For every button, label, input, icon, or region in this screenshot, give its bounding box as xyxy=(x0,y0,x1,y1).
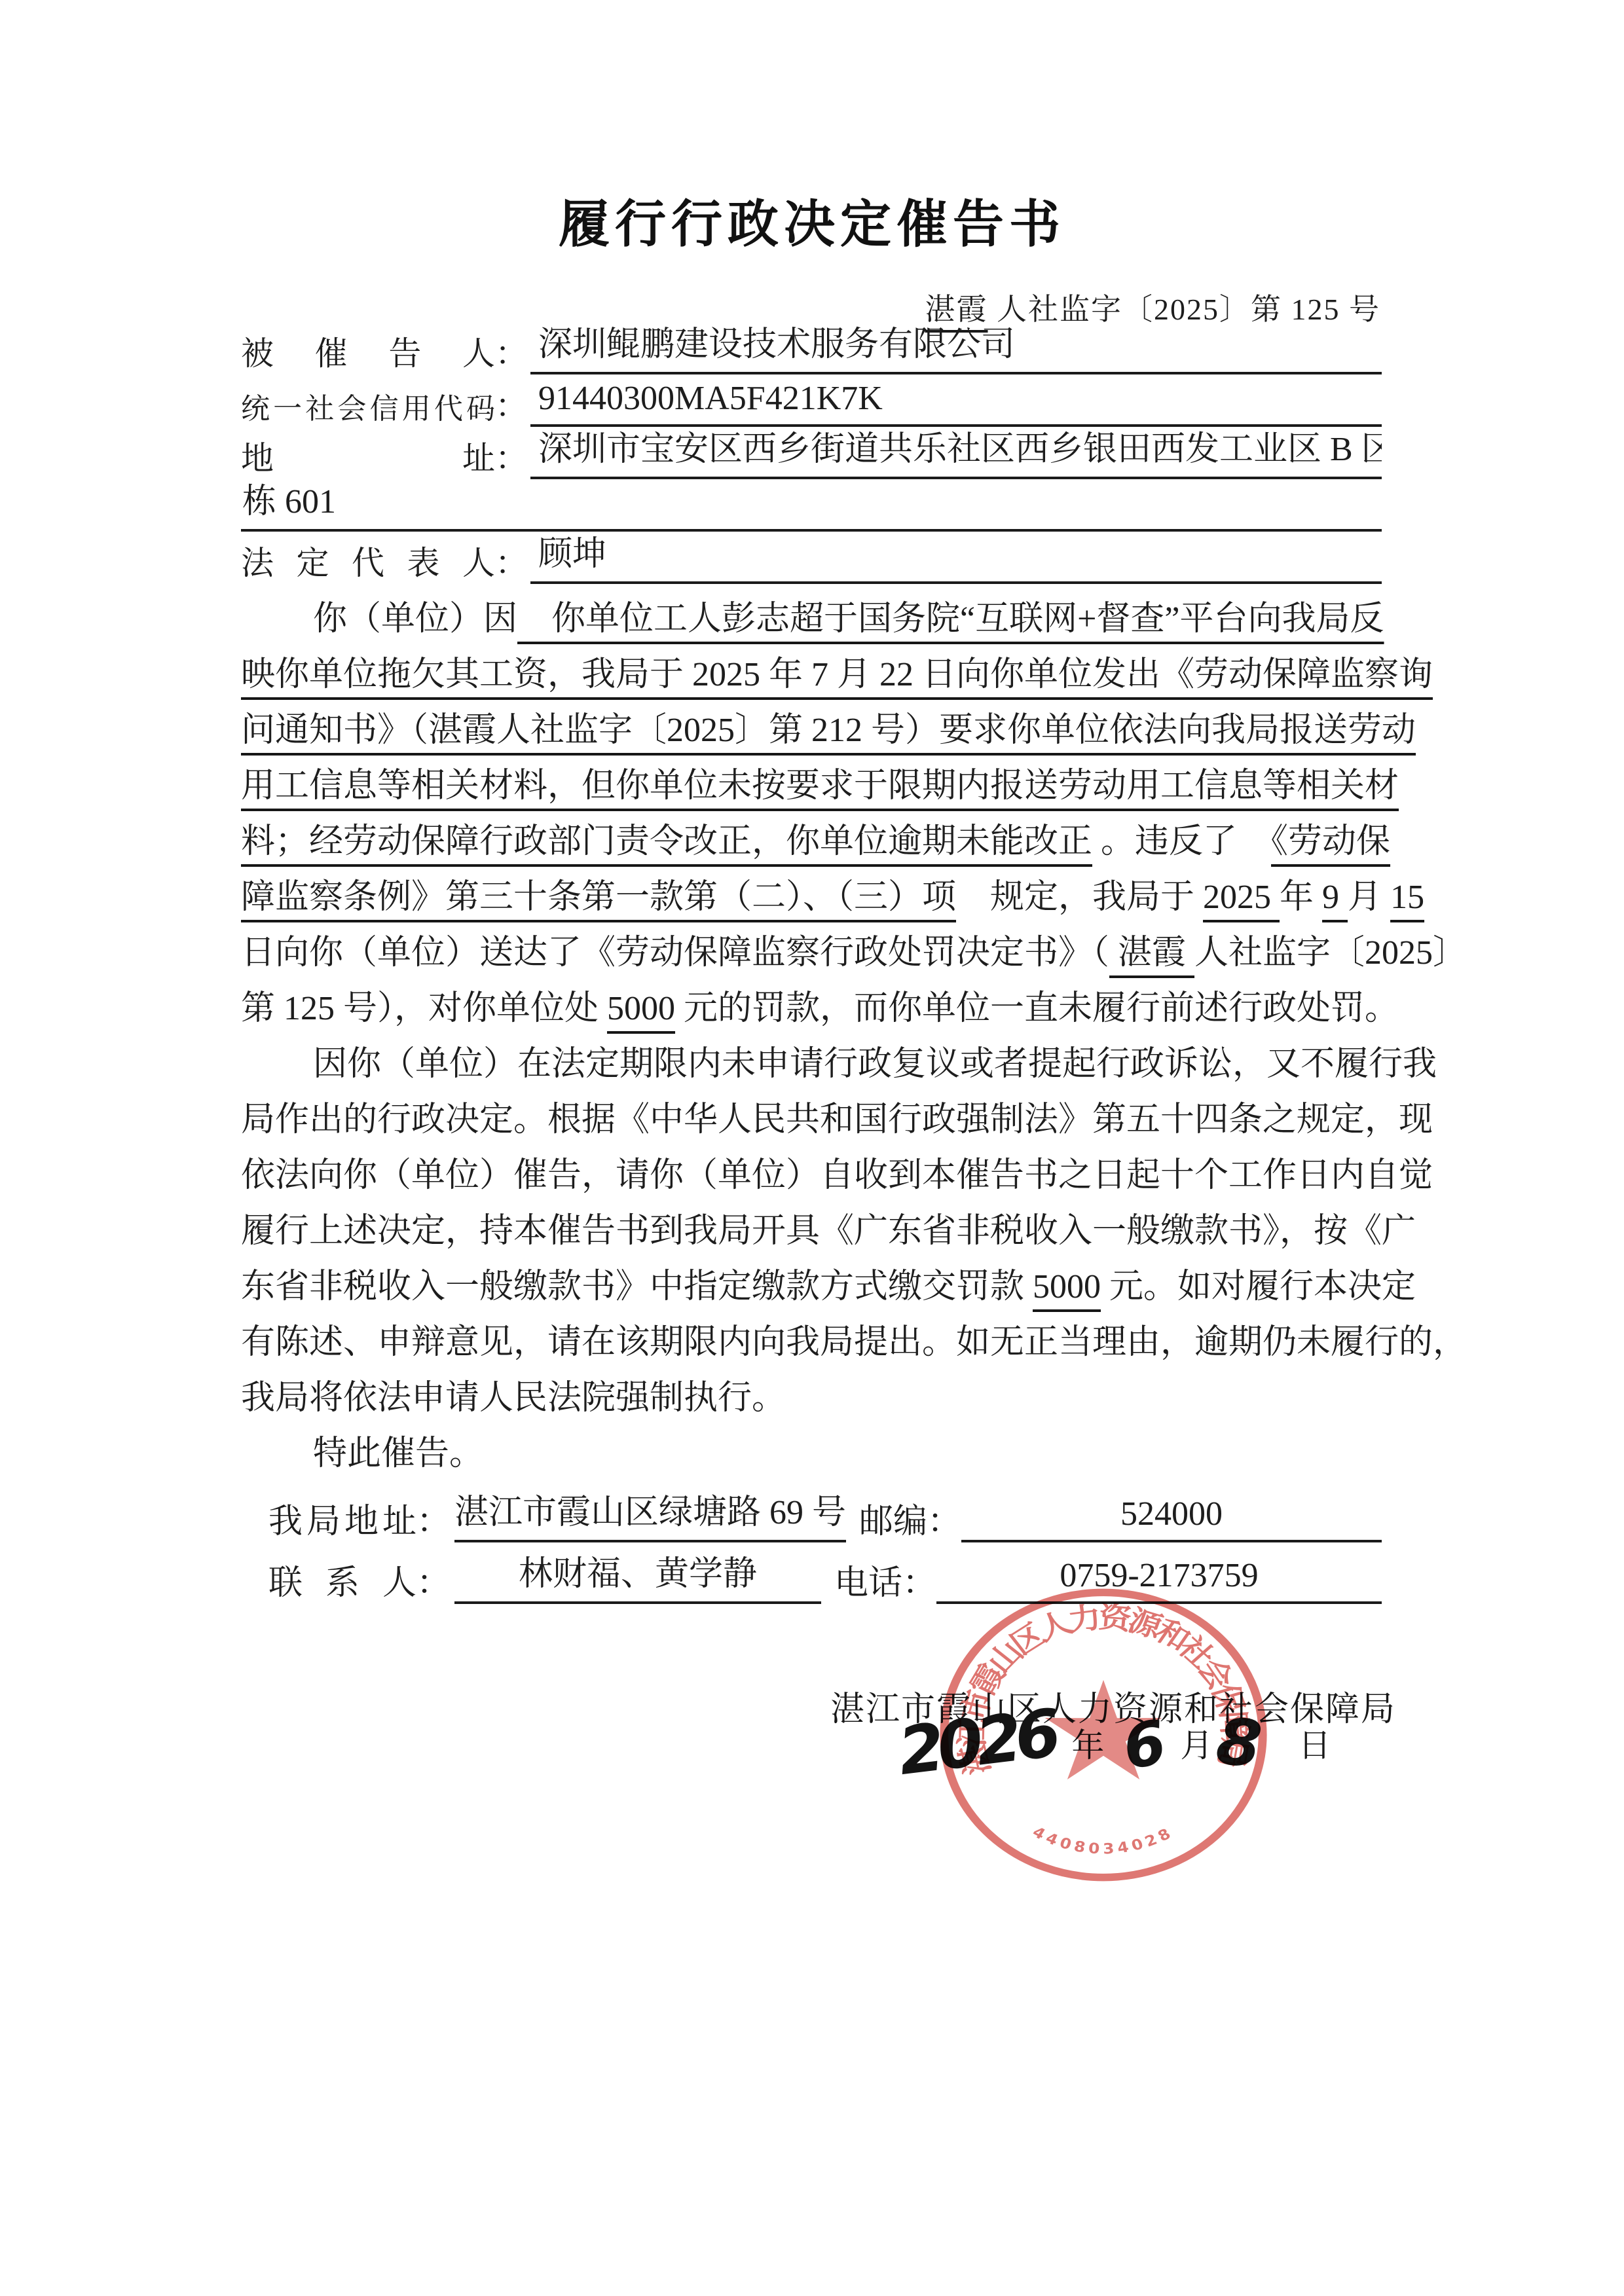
printed-text: 我局将依法申请人民法院强制执行。 xyxy=(241,1379,786,1417)
label-char: 码 xyxy=(466,385,495,427)
label-char: 被 xyxy=(241,327,274,374)
field-value-continuation-underlined: 栋 601 xyxy=(241,473,1382,532)
label-char: 局 xyxy=(306,1493,341,1542)
filled-in-text-underlined: 用工信息等相关材料，但你单位未按要求于限期内报送劳动用工信息等相关材 xyxy=(241,767,1399,805)
label-char: 联 xyxy=(268,1555,303,1604)
scanned-document-page: 履行行政决定催告书 湛霞 人社监字〔2025〕第 125 号 被催告人：深圳鲲鹏… xyxy=(0,0,1624,2296)
field-label: 法定代表人 xyxy=(241,537,495,584)
star-icon xyxy=(1045,1680,1162,1779)
filled-in-text-underlined: 映你单位拖欠其工资，我局于 2025 年 7 月 22 日向你单位发出《劳动保障… xyxy=(241,656,1433,693)
filled-in-text-underlined: 2025 xyxy=(1203,879,1280,916)
body-paragraphs: 你（单位）因 你单位工人彭志超于国务院“互联网+督查”平台向我局反映你单位拖欠其… xyxy=(241,591,1386,1482)
printed-text: 有陈述、申辩意见，请在该期限内向我局提出。如无正当理由，逾期仍未履行的， xyxy=(241,1324,1467,1361)
filled-in-text-underlined: 5000 xyxy=(1033,1268,1101,1305)
official-red-seal-stamp: 湛江市霞山区人力资源和社会保障局 4408034028030 xyxy=(935,1584,1272,1886)
printed-text: 人社监字〔2025〕 xyxy=(1194,934,1467,972)
filled-in-text-underlined: 料；经劳动保障行政部门责令改正，你单位逾期未能改正 xyxy=(241,823,1092,860)
body-line-7: 日向你（单位）送达了《劳动保障监察行政处罚决定书》（ 湛霞 人社监字〔2025〕 xyxy=(241,925,1386,981)
field-value-underlined: 91440300MA5F421K7K xyxy=(530,379,1382,427)
body-line-1: 你（单位）因 你单位工人彭志超于国务院“互联网+督查”平台向我局反 xyxy=(241,591,1386,647)
printed-text: 元的罚款，而你单位一直未履行前述行政处罚。 xyxy=(675,990,1399,1027)
printed-text: 日向你（单位）送达了《劳动保障监察行政处罚决定书》（ xyxy=(241,934,1109,972)
colon: ： xyxy=(495,327,530,374)
body-line-10: 局作出的行政决定。根据《中华人民共和国行政强制法》第五十四条之规定，现 xyxy=(241,1092,1386,1148)
colon: ： xyxy=(495,432,530,479)
label-char: 人 xyxy=(382,1555,416,1604)
printed-text: 局作出的行政决定。根据《中华人民共和国行政强制法》第五十四条之规定，现 xyxy=(241,1101,1433,1139)
document-title: 履行行政决定催告书 xyxy=(0,183,1624,257)
postcode-label: 邮编： xyxy=(859,1493,961,1542)
filled-in-text-underlined: 5000 xyxy=(607,990,675,1027)
field-label: 地址 xyxy=(241,432,495,479)
label-char: 会 xyxy=(337,385,366,427)
body-line-12: 履行上述决定，持本催告书到我局开具《广东省非税收入一般缴款书》，按《广 xyxy=(241,1203,1386,1259)
body-line-8: 第 125 号），对你单位处 5000 元的罚款，而你单位一直未履行前述行政处罚… xyxy=(241,981,1386,1036)
label-char: 法 xyxy=(241,537,274,584)
colon: ： xyxy=(495,537,530,584)
label-char: 址 xyxy=(382,1493,416,1542)
printed-text: 依法向你（单位）催告，请你（单位）自收到本催告书之日起十个工作日内自觉 xyxy=(241,1157,1433,1194)
body-line-13: 东省非税收入一般缴款书》中指定缴款方式缴交罚款 5000 元。如对履行本决定 xyxy=(241,1259,1386,1315)
colon: ： xyxy=(416,1555,454,1604)
phone-label: 电话： xyxy=(834,1555,936,1604)
label-char: 我 xyxy=(268,1493,303,1542)
label-char: 社 xyxy=(305,385,334,427)
label-char: 址 xyxy=(462,432,495,479)
label-char: 信 xyxy=(370,385,399,427)
printed-text: 东省非税收入一般缴款书》中指定缴款方式缴交罚款 xyxy=(241,1268,1033,1305)
label-char: 人 xyxy=(462,537,495,584)
office-address-value: 湛江市霞山区绿塘路 69 号 xyxy=(454,1484,846,1542)
label-char: 系 xyxy=(325,1555,360,1604)
printed-text: 因你（单位）在法定期限内未申请行政复议或者提起行政诉讼，又不履行我 xyxy=(313,1046,1437,1083)
label-char: 用 xyxy=(402,385,431,427)
body-line-15: 我局将依法申请人民法院强制执行。 xyxy=(241,1370,1386,1426)
field-value-underlined: 深圳市宝安区西乡街道共乐社区西乡银田西发工业区 B 区 5 xyxy=(530,421,1382,479)
body-line-16: 特此催告。 xyxy=(241,1426,1386,1482)
filled-in-text-underlined: 障监察条例》第三十条第一款第（二）、（三）项 xyxy=(241,879,956,916)
label-char: 告 xyxy=(388,327,421,374)
filled-in-text-underlined: 问通知书》（湛霞人社监字〔2025〕第 212 号）要求你单位依法向我局报送劳动 xyxy=(241,712,1416,749)
field-row-2: 地址：深圳市宝安区西乡街道共乐社区西乡银田西发工业区 B 区 5 xyxy=(241,427,1382,479)
field-row-0: 被催告人：深圳鲲鹏建设技术服务有限公司 xyxy=(241,322,1382,374)
printed-text: 年 xyxy=(1280,879,1322,916)
office-address-row: 我局地址： 湛江市霞山区绿塘路 69 号 邮编： 524000 xyxy=(268,1481,1382,1542)
filled-in-text-underlined: 9 xyxy=(1322,879,1348,916)
label-char: 统 xyxy=(241,385,270,427)
label-char: 人 xyxy=(462,327,495,374)
printed-text: 你（单位）因 xyxy=(313,600,517,638)
body-line-14: 有陈述、申辩意见，请在该期限内向我局提出。如无正当理由，逾期仍未履行的， xyxy=(241,1315,1386,1370)
filled-in-text-underlined: 15 xyxy=(1390,879,1424,916)
contact-person-label: 联系人 xyxy=(268,1555,416,1604)
contact-person-value: 林财福、黄学静 xyxy=(454,1546,821,1604)
office-address-label: 我局地址 xyxy=(268,1493,416,1542)
field-value-underlined: 深圳鲲鹏建设技术服务有限公司 xyxy=(530,316,1382,374)
field-value-underlined: 顾坤 xyxy=(530,526,1382,584)
filled-in-text-underlined: 《劳动保 xyxy=(1271,823,1390,860)
printed-text: 元。如对履行本决定 xyxy=(1101,1268,1416,1305)
printed-text: 履行上述决定，持本催告书到我局开具《广东省非税收入一般缴款书》，按《广 xyxy=(241,1212,1416,1250)
field-row-2-continuation: 栋 601 xyxy=(241,479,1382,532)
printed-text: 月 xyxy=(1348,879,1390,916)
colon: ： xyxy=(495,380,530,427)
body-line-4: 用工信息等相关材料，但你单位未按要求于限期内报送劳动用工信息等相关材 xyxy=(241,758,1386,814)
field-row-3: 法定代表人：顾坤 xyxy=(241,532,1382,584)
body-line-9: 因你（单位）在法定期限内未申请行政复议或者提起行政诉讼，又不履行我 xyxy=(241,1036,1386,1092)
body-line-6: 障监察条例》第三十条第一款第（二）、（三）项 规定，我局于 2025 年 9 月… xyxy=(241,869,1386,925)
printed-text: 第 125 号），对你单位处 xyxy=(241,990,607,1027)
label-char: 一 xyxy=(273,385,302,427)
label-char: 地 xyxy=(344,1493,378,1542)
printed-text: 。违反了 xyxy=(1092,823,1271,860)
label-char: 地 xyxy=(241,432,274,479)
label-char: 表 xyxy=(407,537,440,584)
printed-text: 特此催告。 xyxy=(313,1435,483,1472)
label-char: 定 xyxy=(297,537,329,584)
body-line-5: 料；经劳动保障行政部门责令改正，你单位逾期未能改正 。违反了 《劳动保 xyxy=(241,814,1386,869)
field-row-1: 统一社会信用代码：91440300MA5F421K7K xyxy=(241,374,1382,427)
body-line-11: 依法向你（单位）催告，请你（单位）自收到本催告书之日起十个工作日内自觉 xyxy=(241,1148,1386,1203)
day-unit: 日 xyxy=(1299,1719,1331,1776)
filled-in-text-underlined: 你单位工人彭志超于国务院“互联网+督查”平台向我局反 xyxy=(517,600,1384,638)
label-char: 代 xyxy=(434,385,463,427)
label-char: 催 xyxy=(315,327,348,374)
field-label: 被催告人 xyxy=(241,327,495,374)
field-label: 统一社会信用代码 xyxy=(241,385,495,427)
colon: ： xyxy=(416,1493,454,1542)
filled-in-text-underlined: 湛霞 xyxy=(1109,934,1194,972)
form-fields: 被催告人：深圳鲲鹏建设技术服务有限公司统一社会信用代码：91440300MA5F… xyxy=(241,322,1382,584)
body-line-3: 问通知书》（湛霞人社监字〔2025〕第 212 号）要求你单位依法向我局报送劳动 xyxy=(241,702,1386,758)
label-char: 代 xyxy=(352,537,384,584)
body-line-2: 映你单位拖欠其工资，我局于 2025 年 7 月 22 日向你单位发出《劳动保障… xyxy=(241,647,1386,702)
printed-text: 规定，我局于 xyxy=(956,879,1203,916)
postcode-value: 524000 xyxy=(961,1495,1382,1542)
